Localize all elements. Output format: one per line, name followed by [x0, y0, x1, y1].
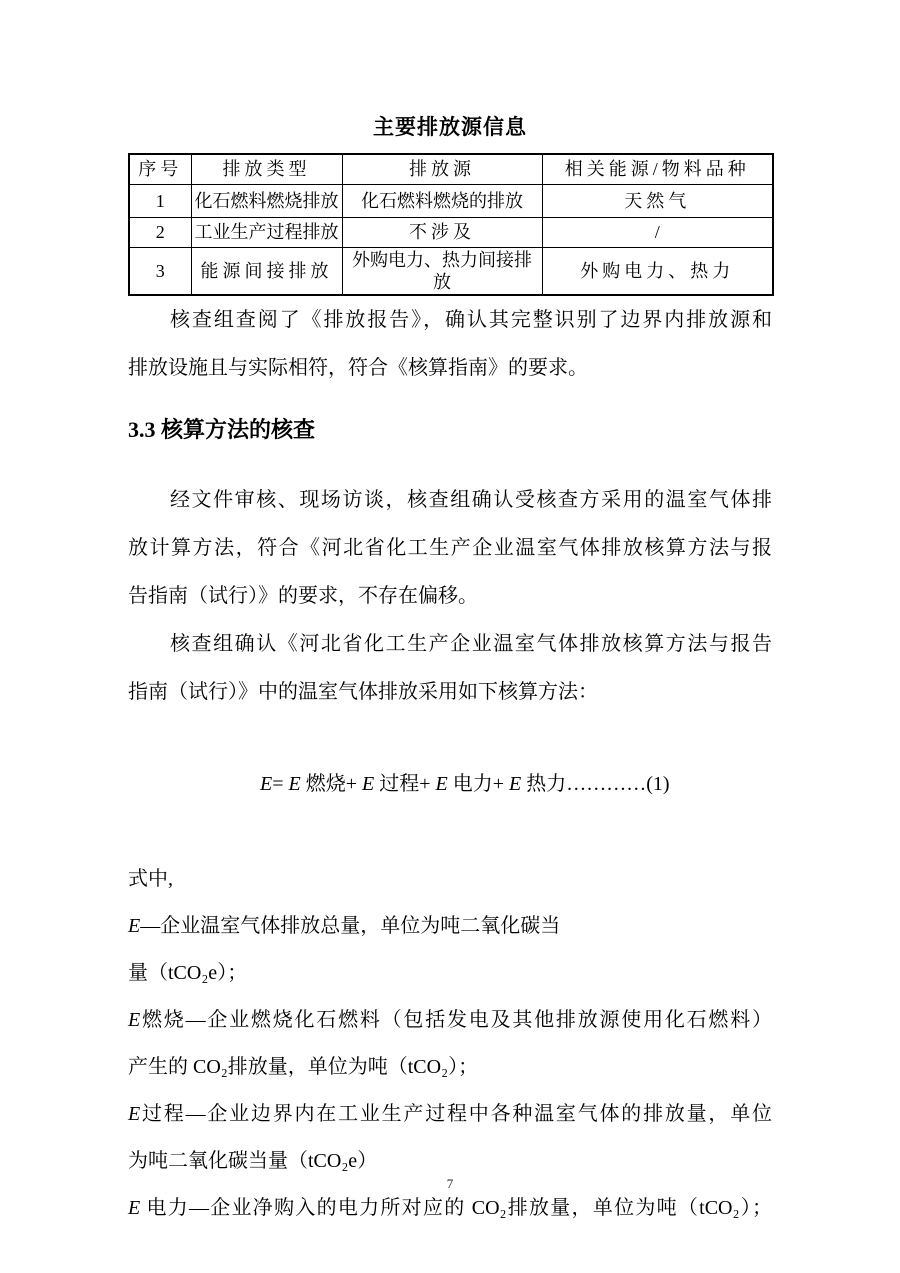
table-cell: 化石燃料燃烧的排放	[342, 184, 542, 217]
table-header-row: 序号 排放类型 排放源 相关能源/物料品种	[129, 154, 773, 184]
table-cell: /	[542, 217, 773, 247]
text-line: 经文件审核、现场访谈，核查组确认受核查方采用的温室气体排	[128, 476, 772, 524]
text-line: 核查组确认《河北省化工生产企业温室气体排放核算方法与报告	[128, 620, 772, 668]
formula-symbol: E	[260, 773, 272, 795]
emission-source-table: 序号 排放类型 排放源 相关能源/物料品种 1 化石燃料燃烧排放 化石燃料燃烧的…	[128, 153, 774, 296]
page-content: 主要排放源信息 序号 排放类型 排放源 相关能源/物料品种 1 化石燃料燃烧排放…	[128, 0, 772, 1232]
text-line: 放计算方法，符合《河北省化工生产企业温室气体排放核算方法与报	[128, 524, 772, 572]
document-page: 主要排放源信息 序号 排放类型 排放源 相关能源/物料品种 1 化石燃料燃烧排放…	[0, 0, 900, 1273]
table-cell: 3	[129, 247, 191, 295]
table-row: 1 化石燃料燃烧排放 化石燃料燃烧的排放 天然气	[129, 184, 773, 217]
paragraph-method-review: 经文件审核、现场访谈，核查组确认受核查方采用的温室气体排 放计算方法，符合《河北…	[128, 476, 772, 620]
table-title: 主要排放源信息	[128, 112, 772, 142]
header-cell-related-energy: 相关能源/物料品种	[542, 154, 773, 184]
term-symbol: E	[128, 1197, 140, 1219]
term-symbol: E	[128, 915, 140, 937]
table-cell: 1	[129, 184, 191, 217]
table-cell: 能源间接排放	[191, 247, 342, 295]
text-line: E燃烧—企业燃烧化石燃料（包括发电及其他排放源使用化石燃料）	[128, 997, 772, 1044]
header-cell-emission-type: 排放类型	[191, 154, 342, 184]
emission-formula: E= E 燃烧+ E 过程+ E 电力+ E 热力…………(1)	[128, 712, 772, 856]
table-cell: 外购电力、热力间接排放	[342, 247, 542, 295]
formula-symbol: E	[509, 773, 521, 795]
table-row: 2 工业生产过程排放 不涉及 /	[129, 217, 773, 247]
term-symbol: E	[128, 1009, 140, 1031]
paragraph-method-confirm: 核查组确认《河北省化工生产企业温室气体排放核算方法与报告 指南（试行）》中的温室…	[128, 620, 772, 716]
table-cell: 化石燃料燃烧排放	[191, 184, 342, 217]
text-line: 产生的 CO₂排放量，单位为吨（tCO₂）；	[128, 1044, 772, 1091]
table-cell: 2	[129, 217, 191, 247]
paragraph-review-conclusion: 核查组查阅了《排放报告》，确认其完整识别了边界内排放源和 排放设施且与实际相符，…	[128, 296, 772, 392]
formula-symbol: E	[436, 773, 448, 795]
text-line: 核查组查阅了《排放报告》，确认其完整识别了边界内排放源和	[128, 296, 772, 344]
page-number: 7	[128, 1176, 772, 1192]
table-cell: 天然气	[542, 184, 773, 217]
text-line: 指南（试行）》中的温室气体排放采用如下核算方法：	[128, 668, 772, 716]
header-cell-emission-source: 排放源	[342, 154, 542, 184]
term-symbol: E	[128, 1103, 140, 1125]
formula-symbol: E	[362, 773, 374, 795]
table-cell: 外购电力、热力	[542, 247, 773, 295]
text-line: 量（tCO₂e）；	[128, 950, 772, 997]
text-line: 式中,	[128, 856, 772, 903]
text-line: 告指南（试行）》的要求，不存在偏移。	[128, 572, 772, 620]
formula-symbol: E	[289, 773, 301, 795]
section-heading: 3.3 核算方法的核查	[128, 406, 772, 454]
table-row: 3 能源间接排放 外购电力、热力间接排放 外购电力、热力	[129, 247, 773, 295]
table-cell: 工业生产过程排放	[191, 217, 342, 247]
text-line: E过程—企业边界内在工业生产过程中各种温室气体的排放量，单位	[128, 1091, 772, 1138]
text-line: 排放设施且与实际相符，符合《核算指南》的要求。	[128, 344, 772, 392]
text-line: E—企业温室气体排放总量，单位为吨二氧化碳当	[128, 903, 772, 950]
header-cell-index: 序号	[129, 154, 191, 184]
table-cell: 不涉及	[342, 217, 542, 247]
